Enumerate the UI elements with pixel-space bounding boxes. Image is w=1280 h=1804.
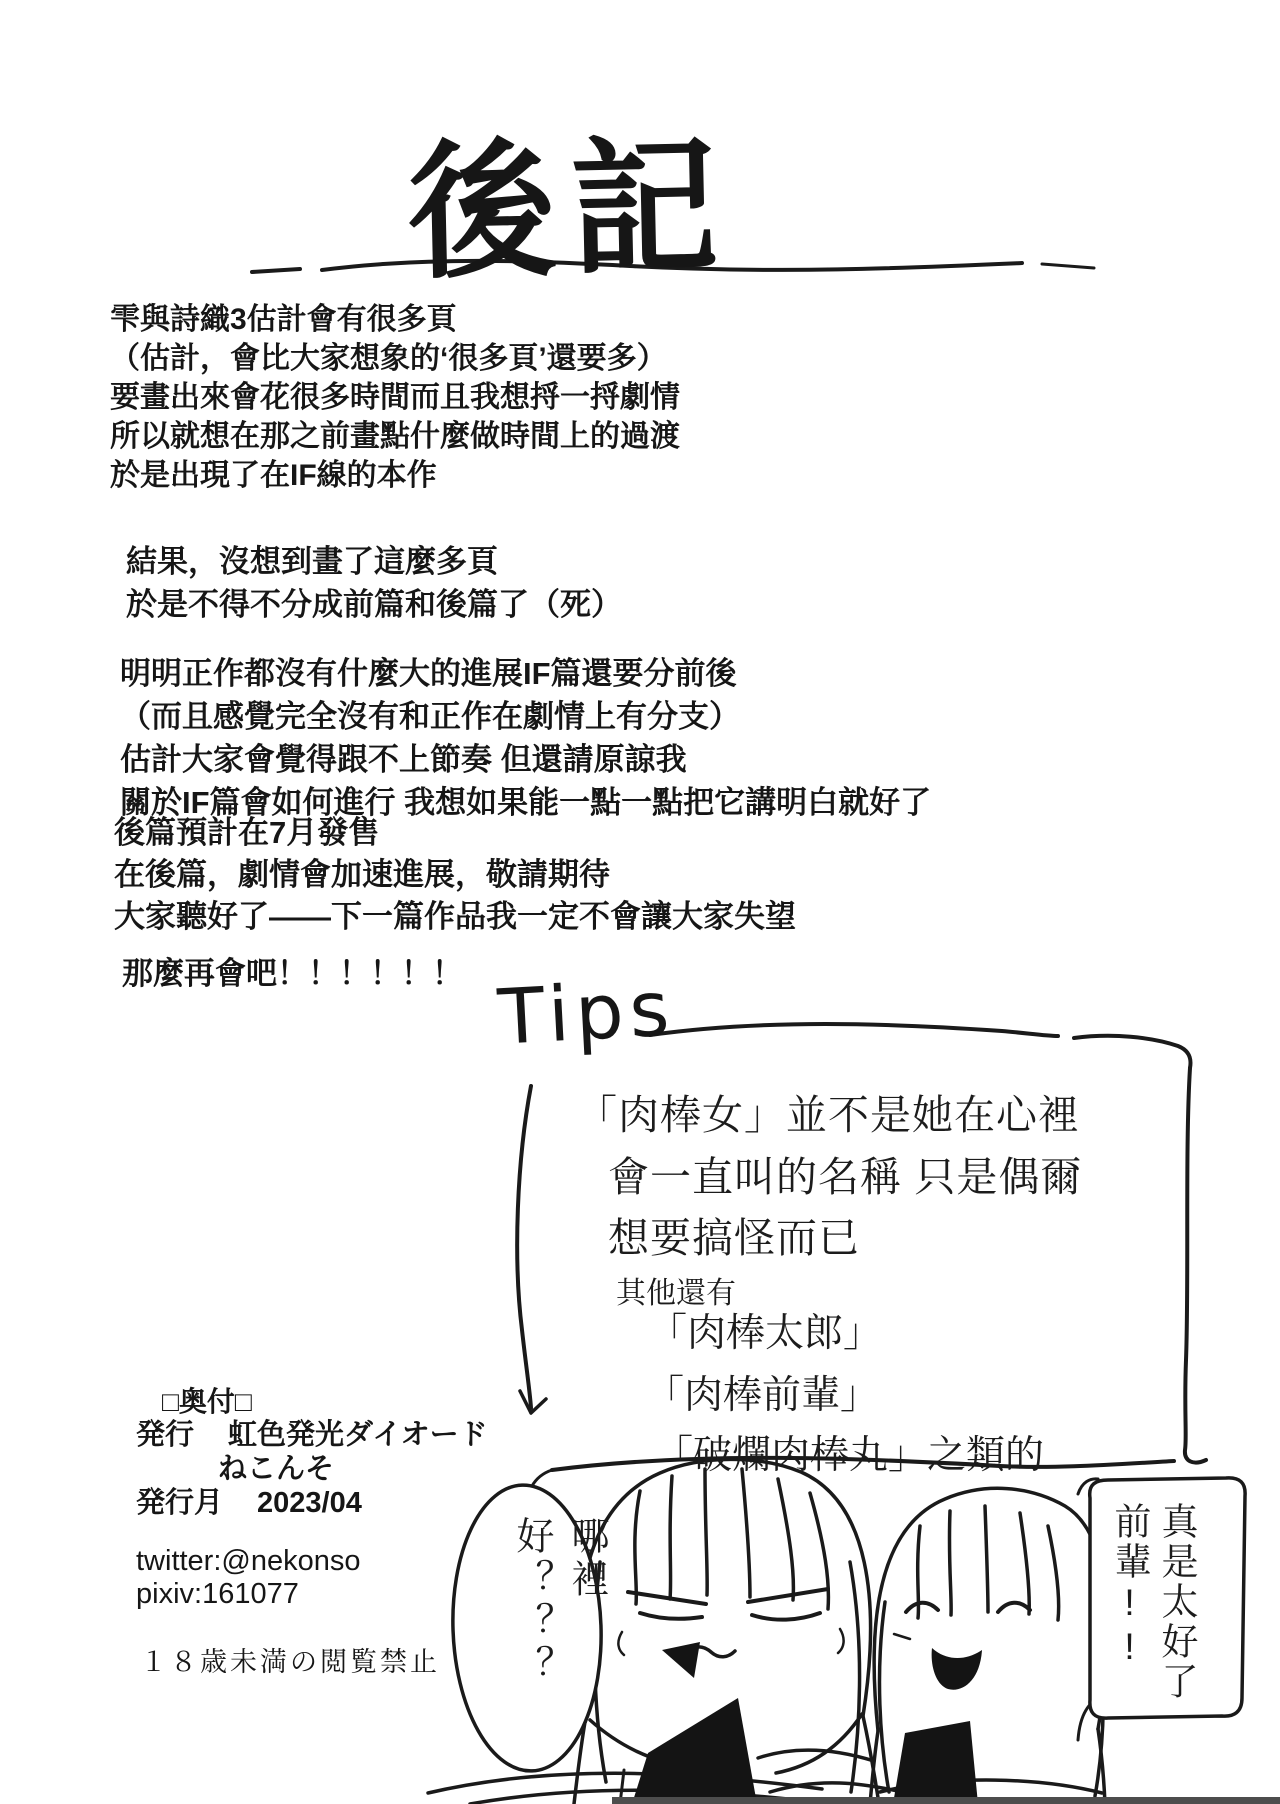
age-restriction-notice: １８歳未満の閲覧禁止 bbox=[140, 1640, 440, 1679]
tips-line: 想要搞怪而已 bbox=[608, 1205, 860, 1264]
sweat-drop bbox=[838, 1629, 844, 1653]
date-value: 2023/04 bbox=[257, 1487, 362, 1519]
tips-line: 會一直叫的名稱 只是偶爾 bbox=[608, 1144, 1082, 1203]
text-line: 要畫出來會花很多時間而且我想捋一捋劇情 bbox=[110, 378, 680, 417]
text-line: 在後篇，劇情會加速進展，敬請期待 bbox=[114, 854, 796, 896]
text-line: 後篇預計在7月發售 bbox=[114, 812, 796, 854]
farewell-line: 那麼再會吧！！！！！！ bbox=[122, 948, 463, 993]
text-line: 大家聽好了——下一篇作品我一定不會讓大家失望 bbox=[114, 896, 796, 938]
left-bubble-text: 哪裡好？？？ bbox=[504, 1516, 614, 1768]
text-line: （而且感覺完全沒有和正作在劇情上有分支） bbox=[120, 695, 931, 738]
page-title: 後記 bbox=[406, 89, 734, 308]
tips-line: 「肉棒女」並不是她在心裡 bbox=[576, 1082, 1080, 1141]
grumpy-girl-drawing bbox=[574, 1459, 902, 1804]
publisher-label: 発行 bbox=[136, 1419, 194, 1451]
right-bubble-line: 真是太好了 bbox=[1153, 1502, 1200, 1702]
paragraph-result: 結果，沒想到畫了這麼多頁 於是不得不分成前篇和後篇了（死） bbox=[126, 540, 622, 626]
scan-edge-strip bbox=[612, 1797, 1280, 1804]
tips-name: 「肉棒太郎」 bbox=[648, 1302, 882, 1358]
text-line: 於是不得不分成前篇和後篇了（死） bbox=[126, 583, 622, 626]
happy-eye-right bbox=[998, 1603, 1030, 1612]
open-smile-mouth bbox=[932, 1648, 982, 1690]
arrow-down-icon bbox=[520, 1391, 546, 1413]
paragraph-intro: 雫與詩織3估計會有很多頁 （估計，會比大家想象的‘很多頁’還要多） 要畫出來會花… bbox=[110, 300, 680, 495]
tips-name: 「破爛肉棒丸」之類的 bbox=[654, 1424, 1044, 1480]
date-label: 発行月 bbox=[136, 1487, 223, 1519]
sweat-drop bbox=[618, 1632, 624, 1655]
happy-girl-drawing bbox=[870, 1488, 1125, 1804]
angry-eye-right bbox=[748, 1589, 828, 1620]
text-line: 於是出現了在IF線的本作 bbox=[110, 456, 680, 495]
happy-eye-left bbox=[906, 1603, 938, 1612]
text-line: 估計大家會覺得跟不上節奏 但還請原諒我 bbox=[120, 738, 931, 781]
tips-name: 「肉棒前輩」 bbox=[645, 1364, 879, 1420]
text-line: 雫與詩織3估計會有很多頁 bbox=[110, 300, 680, 339]
paragraph-apology: 明明正作都沒有什麼大的進展IF篇還要分前後 （而且感覺完全沒有和正作在劇情上有分… bbox=[120, 652, 931, 824]
right-bubble-line: 前輩!! bbox=[1106, 1502, 1153, 1702]
colophon-date-line: 発行月2023/04 bbox=[136, 1480, 362, 1521]
angry-eye-left bbox=[628, 1592, 706, 1619]
text-line: 結果，沒想到畫了這麼多頁 bbox=[126, 540, 622, 583]
tips-heading: Tips bbox=[496, 963, 677, 1061]
afterword-page: 後記 雫與詩織3估計會有很多頁 （估計，會比大家想象的‘很多頁’還要多） 要畫出… bbox=[0, 0, 1280, 1804]
text-line: 所以就想在那之前畫點什麼做時間上的過渡 bbox=[110, 417, 680, 456]
right-bubble-text: 真是太好了 前輩!! bbox=[1106, 1502, 1200, 1702]
paragraph-next-release: 後篇預計在7月發售 在後篇，劇情會加速進展，敬請期待 大家聽好了——下一篇作品我… bbox=[114, 812, 796, 938]
text-line: （估計，會比大家想象的‘很多頁’還要多） bbox=[110, 339, 680, 378]
pixiv-id: pixiv:161077 bbox=[136, 1578, 299, 1611]
twitter-handle: twitter:@nekonso bbox=[136, 1545, 360, 1578]
text-line: 明明正作都沒有什麼大的進展IF篇還要分前後 bbox=[120, 652, 931, 695]
